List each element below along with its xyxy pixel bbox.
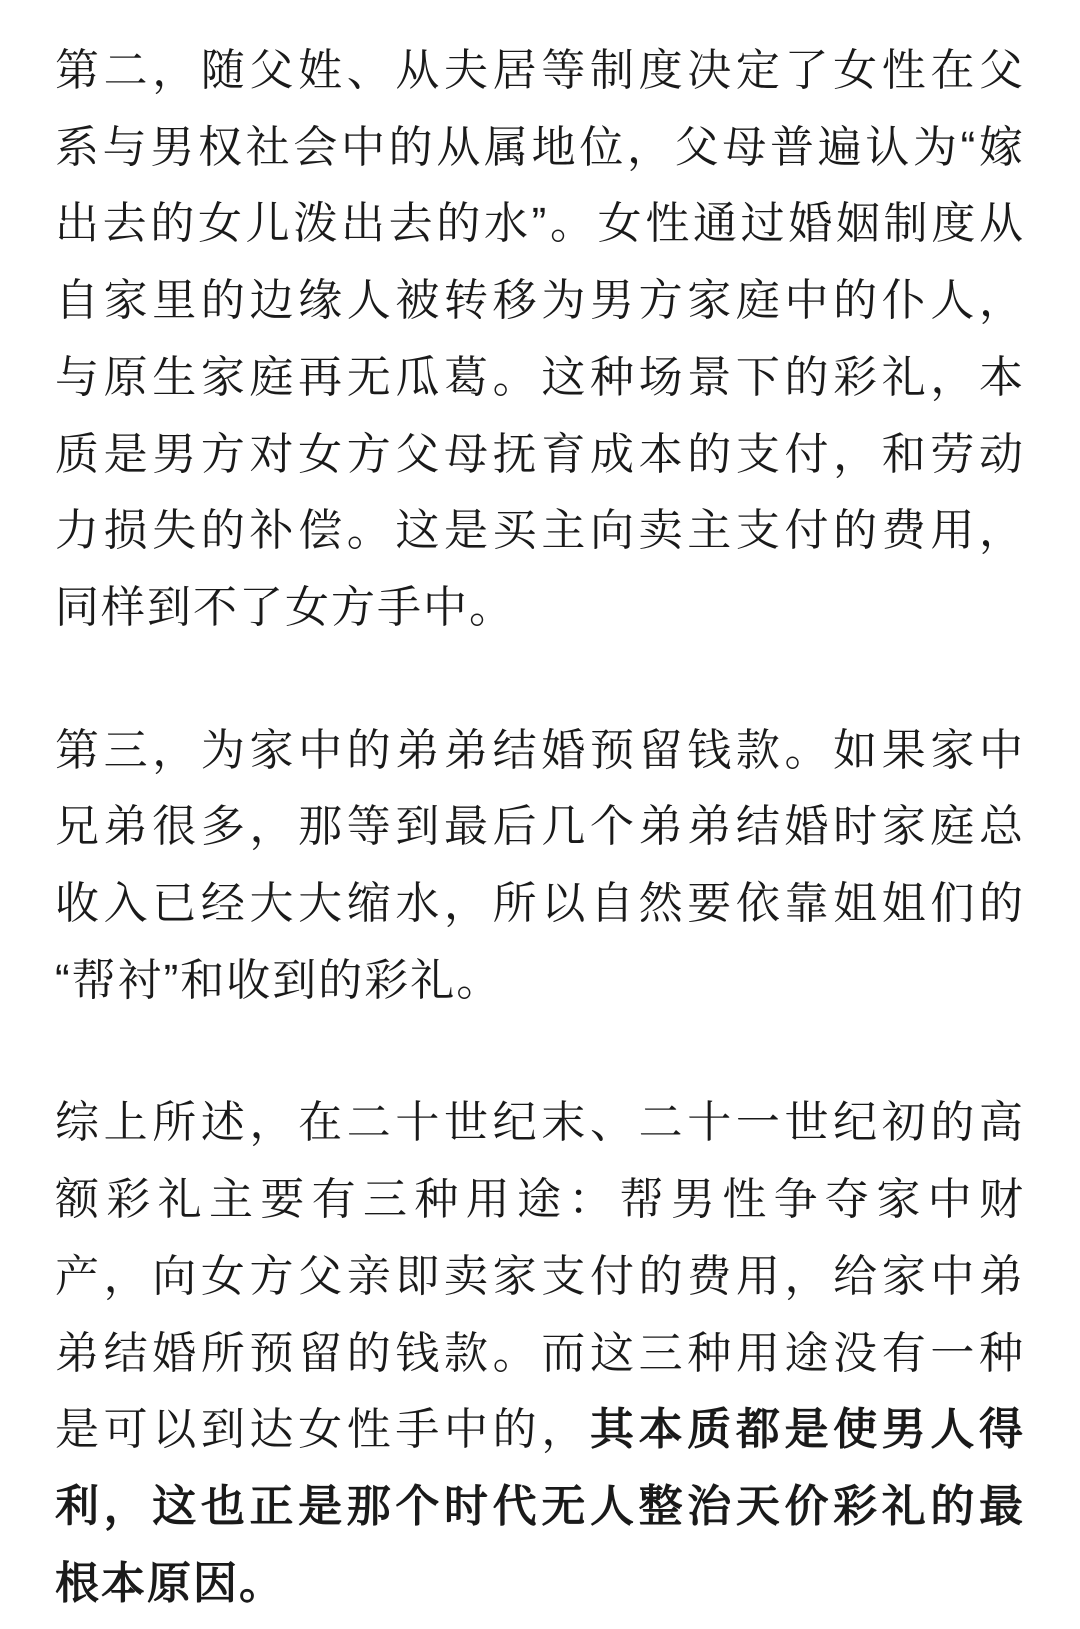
body-text: 自家里的边缘人被转移为男方家庭中的仆人， <box>55 276 1025 325</box>
body-text: 综上所述，在二十世纪末、二十一世纪初的高 <box>55 1098 1025 1147</box>
body-text: 质是男方对女方父母抚育成本的支付，和劳动 <box>55 430 1025 479</box>
text-line: 额彩礼主要有三种用途：帮男性争夺家中财 <box>55 1162 1025 1239</box>
text-line: 出去的女儿泼出去的水”。女性通过婚姻制度从 <box>55 186 1025 263</box>
text-line: 利，这也正是那个时代无人整治天价彩礼的最 <box>55 1469 1025 1546</box>
body-text: “帮衬”和收到的彩礼。 <box>55 956 502 1005</box>
text-line: 同样到不了女方手中。 <box>55 570 1025 647</box>
body-text: 出去的女儿泼出去的水”。女性通过婚姻制度从 <box>55 199 1025 248</box>
body-text: 第二，随父姓、从夫居等制度决定了女性在父 <box>55 46 1025 95</box>
body-text: 系与男权社会中的从属地位，父母普遍认为“嫁 <box>55 123 1025 172</box>
body-text: 同样到不了女方手中。 <box>55 583 515 632</box>
bold-emphasis-text: 利，这也正是那个时代无人整治天价彩礼的最 <box>55 1482 1025 1531</box>
paragraph-third-point: 第三，为家中的弟弟结婚预留钱款。如果家中兄弟很多，那等到最后几个弟弟结婚时家庭总… <box>55 713 1025 1020</box>
text-line: 系与男权社会中的从属地位，父母普遍认为“嫁 <box>55 110 1025 187</box>
text-line: 力损失的补偿。这是买主向卖主支付的费用， <box>55 493 1025 570</box>
body-text: 额彩礼主要有三种用途：帮男性争夺家中财 <box>55 1175 1025 1224</box>
body-text: 兄弟很多，那等到最后几个弟弟结婚时家庭总 <box>55 802 1025 851</box>
text-line: 产，向女方父亲即卖家支付的费用，给家中弟 <box>55 1239 1025 1316</box>
body-text: 力损失的补偿。这是买主向卖主支付的费用， <box>55 506 1025 555</box>
text-line: 兄弟很多，那等到最后几个弟弟结婚时家庭总 <box>55 789 1025 866</box>
text-line: 综上所述，在二十世纪末、二十一世纪初的高 <box>55 1085 1025 1162</box>
body-text: 与原生家庭再无瓜葛。这种场景下的彩礼，本 <box>55 353 1025 402</box>
body-text: 第三，为家中的弟弟结婚预留钱款。如果家中 <box>55 726 1025 775</box>
body-text: 产，向女方父亲即卖家支付的费用，给家中弟 <box>55 1252 1025 1301</box>
text-line: 与原生家庭再无瓜葛。这种场景下的彩礼，本 <box>55 340 1025 417</box>
body-text: 收入已经大大缩水，所以自然要依靠姐姐们的 <box>55 879 1025 928</box>
article-body: 第二，随父姓、从夫居等制度决定了女性在父系与男权社会中的从属地位，父母普遍认为“… <box>0 0 1080 1622</box>
text-line: 质是男方对女方父母抚育成本的支付，和劳动 <box>55 417 1025 494</box>
text-line: 第二，随父姓、从夫居等制度决定了女性在父 <box>55 33 1025 110</box>
text-line: 收入已经大大缩水，所以自然要依靠姐姐们的 <box>55 866 1025 943</box>
text-line: 是可以到达女性手中的，其本质都是使男人得 <box>55 1392 1025 1469</box>
paragraph-second-point: 第二，随父姓、从夫居等制度决定了女性在父系与男权社会中的从属地位，父母普遍认为“… <box>55 33 1025 647</box>
text-line: 根本原因。 <box>55 1546 1025 1623</box>
body-text: 弟结婚所预留的钱款。而这三种用途没有一种 <box>55 1329 1025 1378</box>
bold-emphasis-text: 根本原因。 <box>55 1559 285 1608</box>
text-line: 自家里的边缘人被转移为男方家庭中的仆人， <box>55 263 1025 340</box>
text-line: 第三，为家中的弟弟结婚预留钱款。如果家中 <box>55 713 1025 790</box>
text-line: “帮衬”和收到的彩礼。 <box>55 943 1025 1020</box>
bold-emphasis-text: 其本质都是使男人得 <box>590 1405 1025 1454</box>
body-text: 是可以到达女性手中的， <box>55 1405 590 1454</box>
paragraph-summary: 综上所述，在二十世纪末、二十一世纪初的高额彩礼主要有三种用途：帮男性争夺家中财产… <box>55 1085 1025 1622</box>
text-line: 弟结婚所预留的钱款。而这三种用途没有一种 <box>55 1316 1025 1393</box>
